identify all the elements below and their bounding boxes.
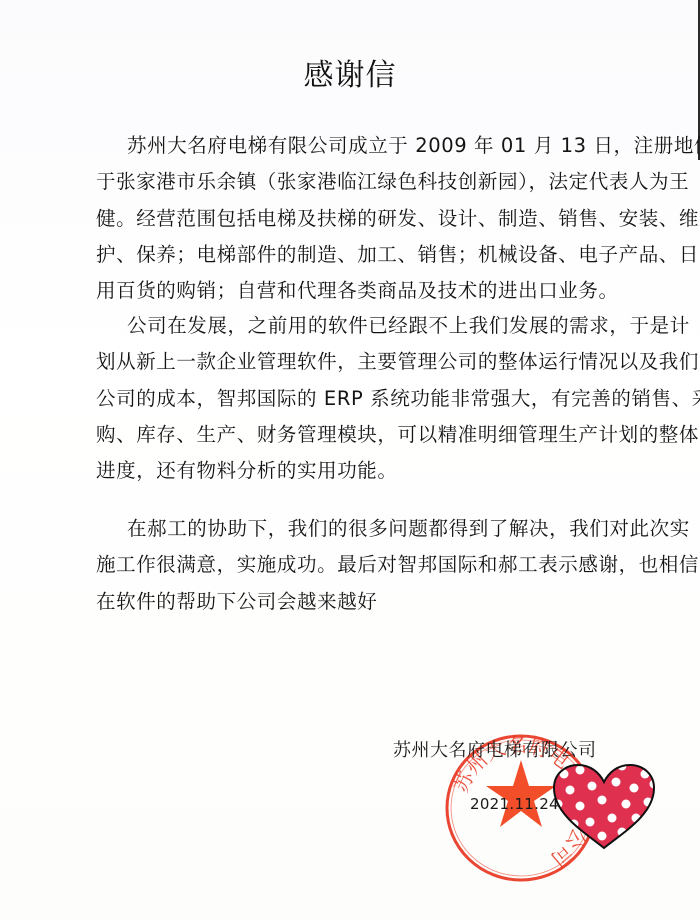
text-line: 在软件的帮助下公司会越来越好 [96, 584, 608, 620]
seal-star-icon [486, 760, 556, 827]
text-line: 用百货的购销；自营和代理各类商品及技术的进出口业务。 [96, 273, 608, 309]
text-line: 公司的成本，智邦国际的 ERP 系统功能非常强大，有完善的销售、采 [96, 381, 608, 417]
text-line: 购、库存、生产、财务管理模块，可以精准明细管理生产计划的整体 [96, 417, 608, 453]
text-line: 进度，还有物料分析的实用功能。 [96, 453, 608, 489]
text-line: 护、保养；电梯部件的制造、加工、销售；机械设备、电子产品、日 [96, 237, 608, 273]
polka-dot-heart-icon [550, 762, 658, 852]
paragraph-software-need: 公司在发展，之前用的软件已经跟不上我们发展的需求，于是计 划从新上一款企业管理软… [96, 308, 608, 489]
text-line: 公司在发展，之前用的软件已经跟不上我们发展的需求，于是计 [96, 308, 608, 344]
text-line: 在郝工的协助下，我们的很多问题都得到了解决，我们对此次实 [96, 511, 608, 547]
signature-date: 2021.11.24 [470, 795, 559, 813]
paragraph-company-intro: 苏州大名府电梯有限公司成立于 2009 年 01 月 13 日，注册地位 于张家… [96, 128, 608, 309]
letter-page: 感谢信 苏州大名府电梯有限公司成立于 2009 年 01 月 13 日，注册地位… [0, 0, 700, 919]
paragraph-thanks: 在郝工的协助下，我们的很多问题都得到了解决，我们对此次实 施工作很满意，实施成功… [96, 511, 608, 620]
letter-title: 感谢信 [0, 50, 700, 94]
text-line: 划从新上一款企业管理软件，主要管理公司的整体运行情况以及我们 [96, 344, 608, 380]
text-line: 苏州大名府电梯有限公司成立于 2009 年 01 月 13 日，注册地位 [96, 128, 608, 164]
text-line: 健。经营范围包括电梯及扶梯的研发、设计、制造、销售、安装、维 [96, 201, 608, 237]
signature-company-name: 苏州大名府电梯有限公司 [393, 736, 597, 762]
text-line: 施工作很满意，实施成功。最后对智邦国际和郝工表示感谢，也相信 [96, 547, 608, 583]
text-line: 于张家港市乐余镇（张家港临江绿色科技创新园），法定代表人为王 [96, 164, 608, 200]
